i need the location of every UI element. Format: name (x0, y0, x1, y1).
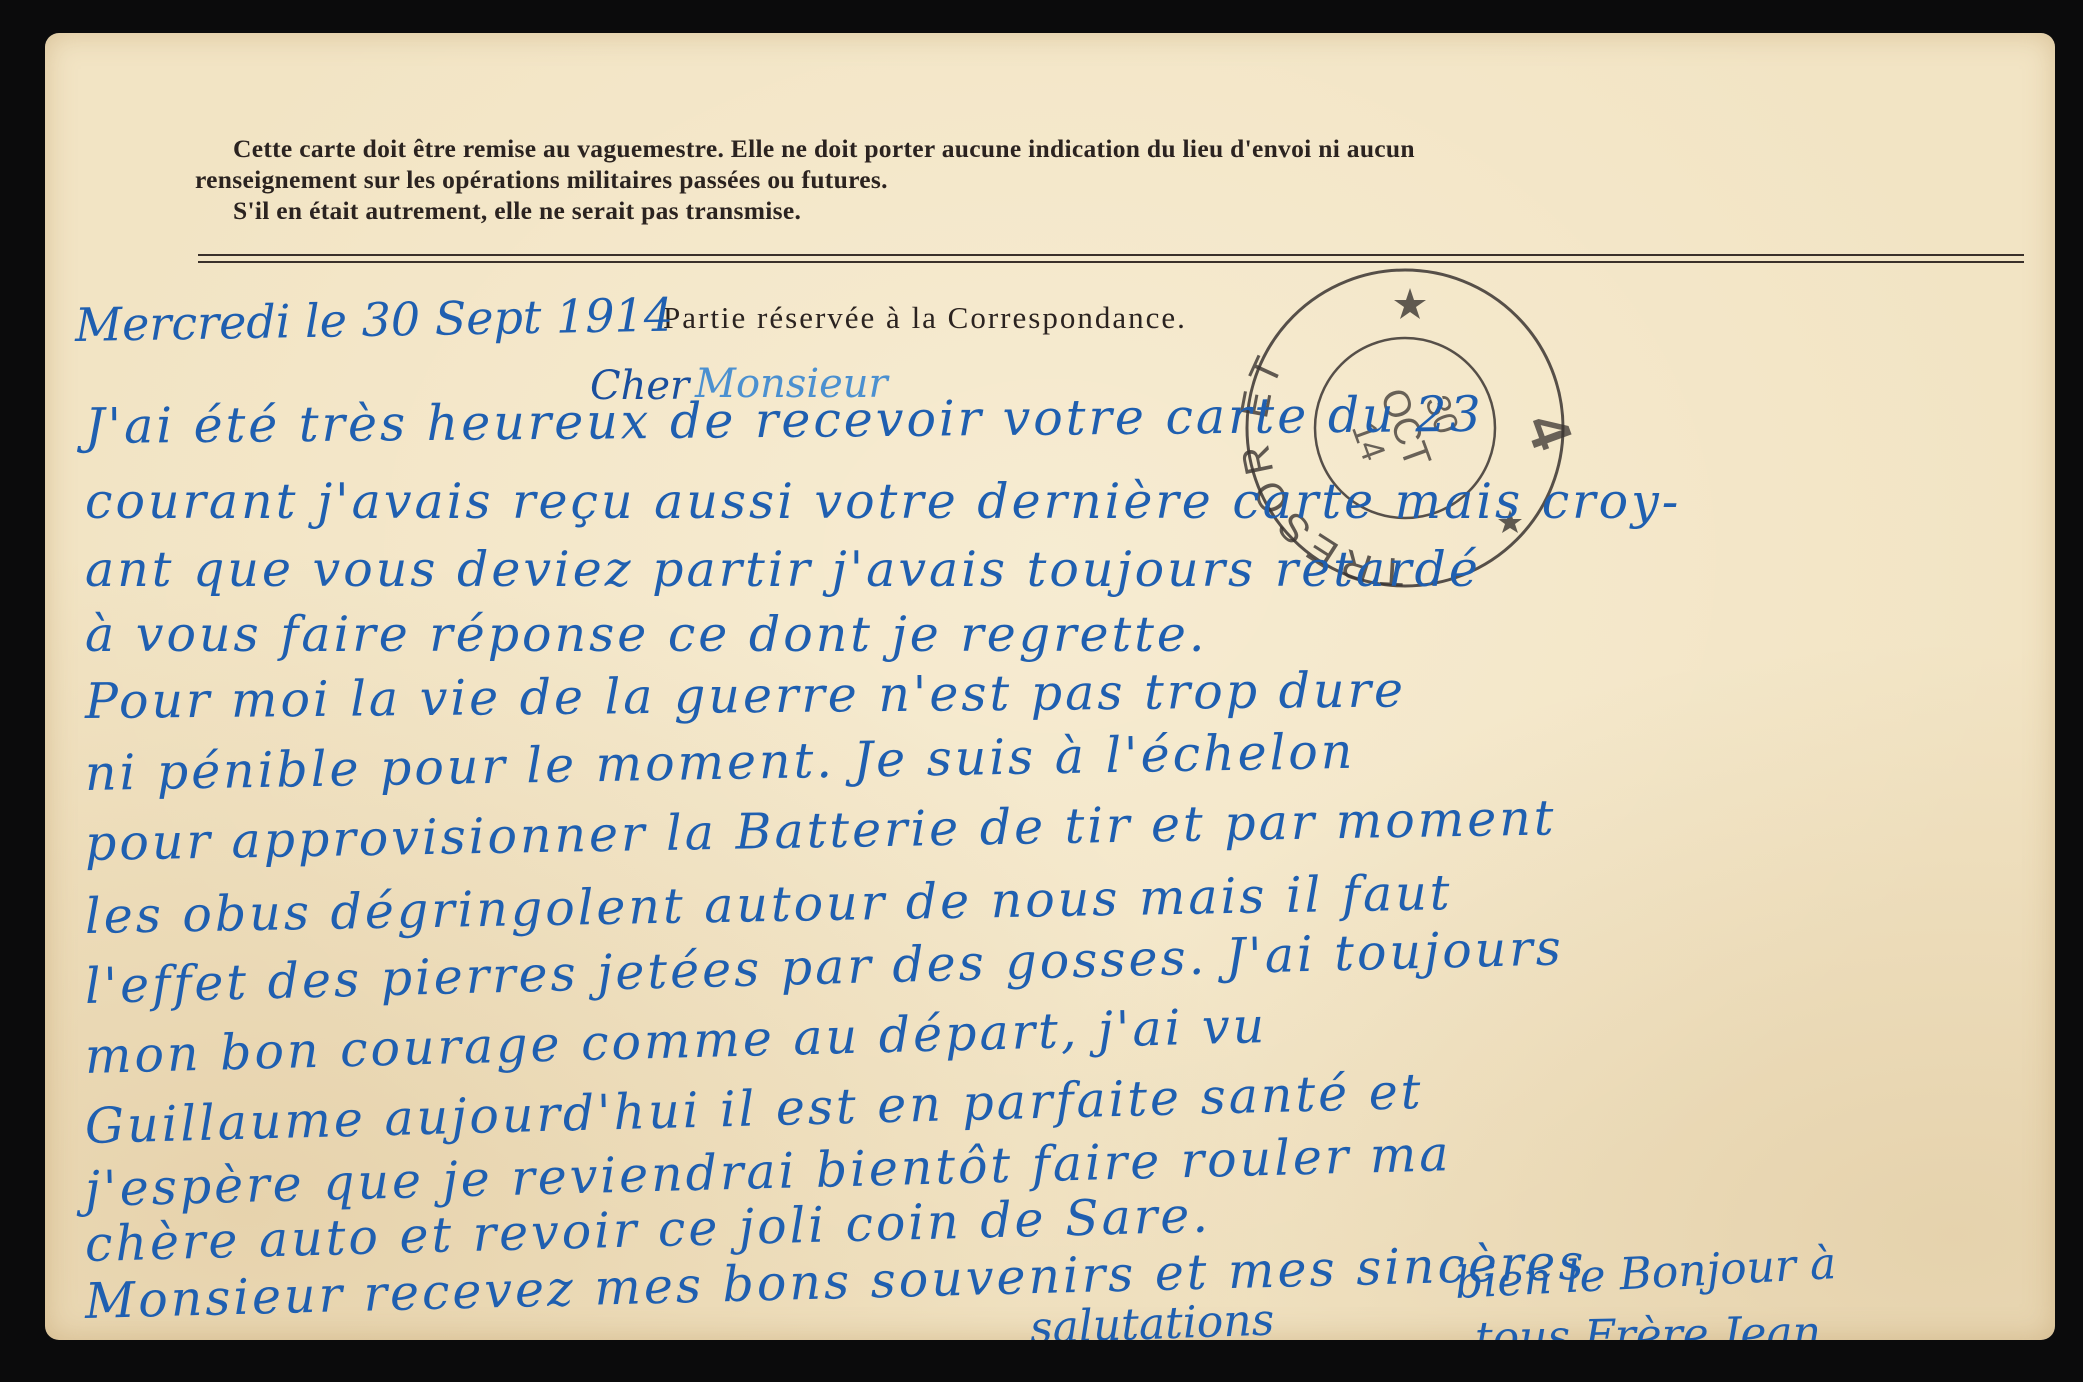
notice-line-2: renseignement sur les opérations militai… (195, 164, 2025, 195)
handwritten-line-5: Pour moi la vie de la guerre n'est pas t… (85, 661, 1406, 730)
handwritten-closing-left: salutations (1029, 1294, 1275, 1340)
divider-rule-bottom (198, 261, 2024, 263)
handwritten-date: Mercredi le 30 Sept 1914 (75, 288, 674, 352)
printed-notice: Cette carte doit être remise au vaguemes… (195, 133, 2025, 226)
handwritten-line-2: courant j'avais reçu aussi votre dernièr… (85, 473, 1681, 530)
notice-line-1: Cette carte doit être remise au vaguemes… (195, 133, 2025, 164)
divider-rule-top (198, 254, 2024, 256)
handwritten-line-7: pour approvisionner la Batterie de tir e… (85, 789, 1557, 872)
star-icon (1394, 288, 1426, 319)
handwritten-line-1: J'ai été très heureux de recevoir votre … (85, 386, 1484, 455)
notice-line-3: S'il en était autrement, elle ne serait … (195, 195, 2025, 226)
postmark-sector: 4 (1513, 405, 1575, 458)
handwritten-line-3: ant que vous deviez partir j'avais toujo… (85, 541, 1481, 598)
handwritten-line-4: à vous faire réponse ce dont je regrette… (85, 606, 1207, 663)
postcard: Cette carte doit être remise au vaguemes… (45, 33, 2055, 1340)
handwritten-closing-right-2: tous Frère Jean (1475, 1307, 1822, 1340)
section-heading: Partie réservée à la Correspondance. (663, 300, 1187, 336)
handwritten-line-6: ni pénible pour le moment. Je suis à l'é… (85, 723, 1356, 802)
